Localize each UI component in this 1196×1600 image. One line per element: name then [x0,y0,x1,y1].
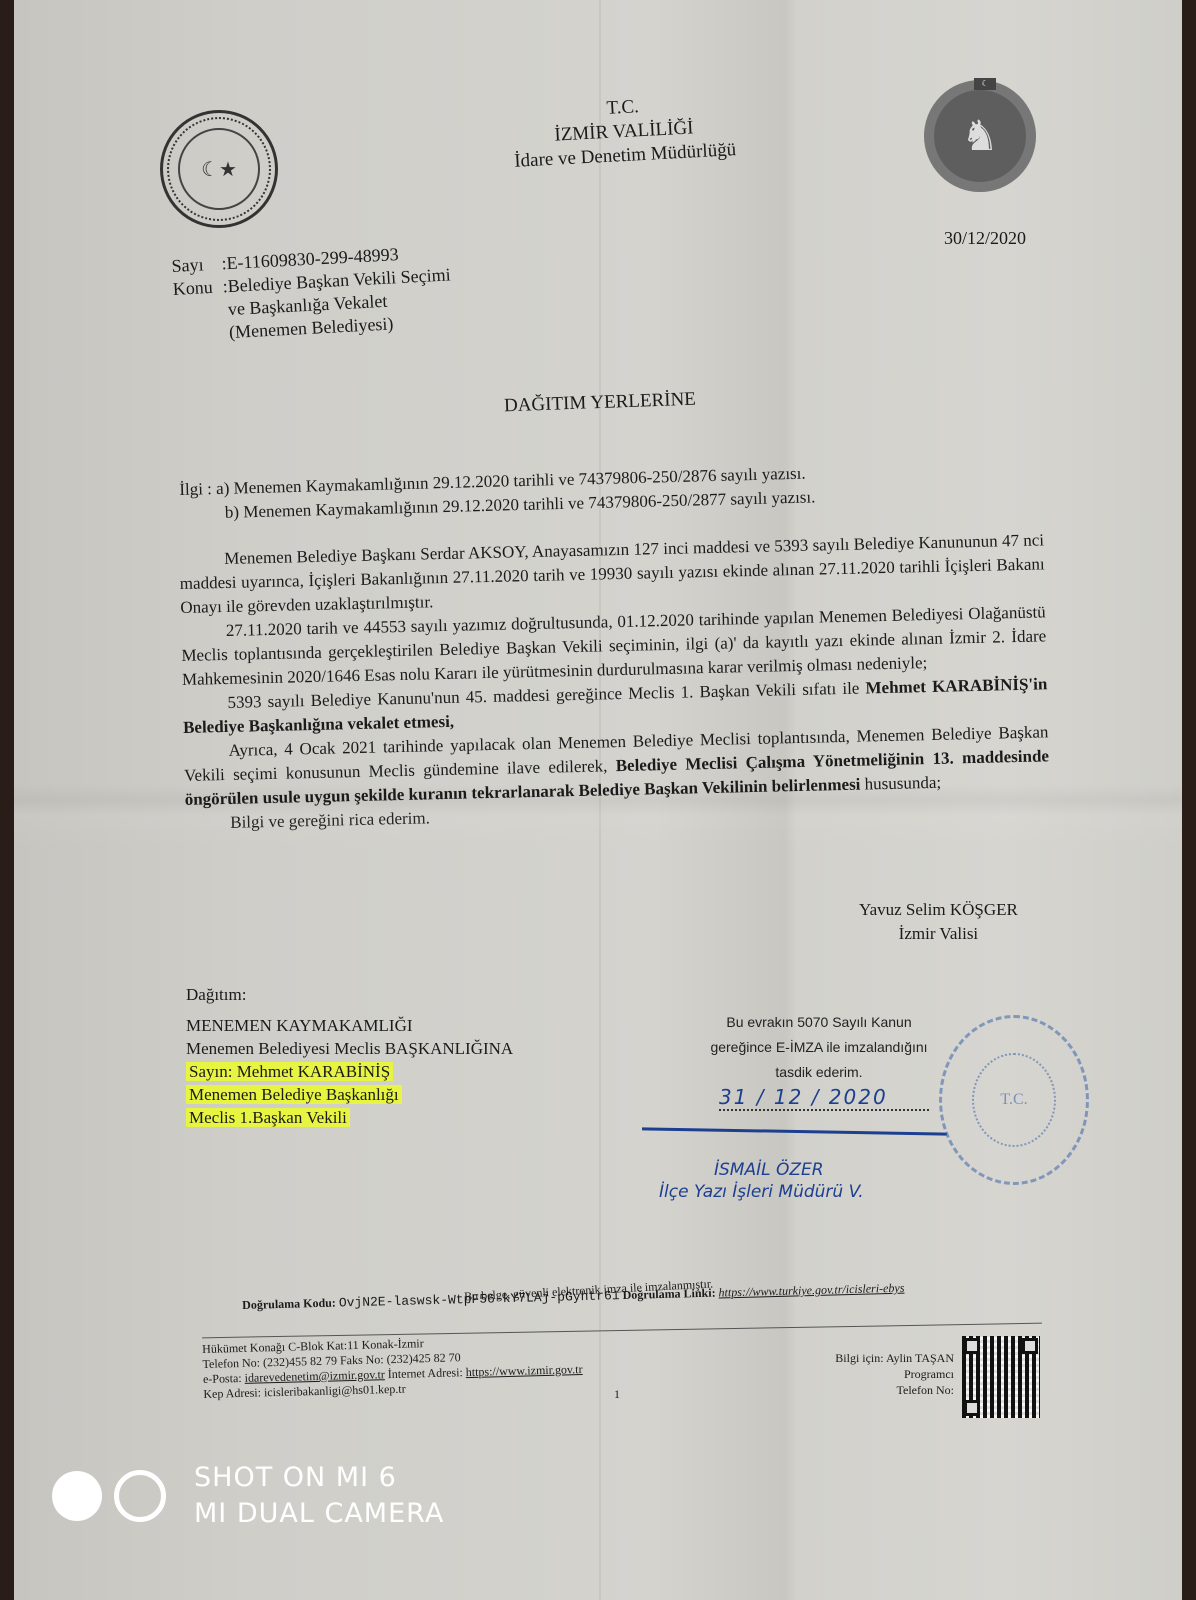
official-stamp-icon: T.C. [939,1015,1089,1185]
filled-circle-icon [52,1471,102,1521]
reference-list: İlgi : a) Menemen Kaymakamlığının 29.12.… [179,461,816,526]
interior-ministry-seal-icon: ☾★ [160,110,278,228]
footer-contact: Hükümet Konağı C-Blok Kat:11 Konak-İzmir… [202,1332,583,1402]
signer-block: Yavuz Selim KÖŞGER İzmir Valisi [859,898,1018,946]
verification-link[interactable]: https://www.turkiye.gov.tr/icisleri-ebys [718,1281,904,1300]
distribution-label: Dağıtım: [186,983,513,1006]
camera-watermark: SHOT ON MI 6 MI DUAL CAMERA [52,1460,444,1532]
turkish-flag-icon: ☾ [974,78,996,90]
handwritten-name: İSMAİL ÖZER [714,1160,824,1180]
signature-stroke [642,1127,947,1135]
signer-name: Yavuz Selim KÖŞGER [859,898,1018,922]
letterhead: T.C. İZMİR VALİLİĞİ İdare ve Denetim Müd… [452,87,795,177]
watermark-line: MI DUAL CAMERA [194,1496,444,1532]
highlighted-item: Meclis 1.Başkan Vekili [186,1108,350,1127]
document-meta: Sayı:E-11609830-299-48993 Konu:Belediye … [171,240,454,346]
body-text: hususunda; [860,773,941,794]
contact-person: Bilgi için: Aylin TAŞAN [804,1350,954,1366]
ring-circle-icon [114,1470,166,1522]
page-number: 1 [614,1387,620,1402]
verification-link-label: Doğrulama Linki: [622,1286,715,1302]
letter-body: Menemen Belediye Başkanı Serdar AKSOY, A… [179,528,1050,836]
e-signature-certification: Bu evrakın 5070 Sayılı Kanun gereğince E… [694,1010,944,1085]
kep-label: Kep Adresi: [203,1385,261,1401]
sayi-label: Sayı [171,252,222,278]
verification-code: OvjN2E-laswsk-WtpF56-kY7LAj-pGyhtr61 [339,1288,620,1310]
handwritten-date: 31 / 12 / 2020 [719,1085,929,1111]
contact-info: Bilgi için: Aylin TAŞAN Programcı Telefo… [804,1350,954,1398]
distribution-item: MENEMEN KAYMAKAMLIĞI [186,1014,513,1037]
stamp-text: T.C. [1000,1091,1027,1109]
watermark-line: SHOT ON MI 6 [194,1460,444,1496]
signer-title: İzmir Valisi [859,922,1018,946]
ilgi-label: İlgi : [179,479,212,499]
qr-code-icon [962,1336,1040,1418]
document-date: 30/12/2020 [944,228,1026,249]
konu-label: Konu [172,275,223,301]
document-paper: ☾★ ☾ ♞ T.C. İZMİR VALİLİĞİ İdare ve Dene… [14,0,1182,1600]
web-link[interactable]: https://www.izmir.gov.tr [466,1362,583,1379]
certification-line: Bu evrakın 5070 Sayılı Kanun [694,1010,944,1035]
addressee-title: DAĞITIM YERLERİNE [504,389,697,418]
web-label: İnternet Adresi: [388,1365,463,1381]
certification-line: gereğince E-İMZA ile imzalandığını [694,1035,944,1060]
contact-role: Programcı [804,1366,954,1382]
distribution-list: Dağıtım: MENEMEN KAYMAKAMLIĞI Menemen Be… [186,983,513,1129]
distribution-item: Menemen Belediyesi Meclis BAŞKANLIĞINA [186,1037,513,1060]
izmir-valiligi-seal-icon: ☾ ♞ [924,80,1036,192]
verification-code-label: Doğrulama Kodu: [242,1296,336,1312]
footer-divider [202,1323,1042,1339]
kep-address: icisleribakanligi@hs01.kep.tr [264,1382,406,1400]
contact-phone-label: Telefon No: [804,1382,954,1398]
email-label: e-Posta: [203,1371,242,1386]
highlighted-item: Sayın: Mehmet KARABİNİŞ [186,1062,393,1081]
certification-line: tasdik ederim. [694,1060,944,1085]
handwritten-title: İlçe Yazı İşleri Müdürü V. [659,1182,864,1202]
highlighted-item: Menemen Belediye Başkanlığı [186,1085,402,1104]
